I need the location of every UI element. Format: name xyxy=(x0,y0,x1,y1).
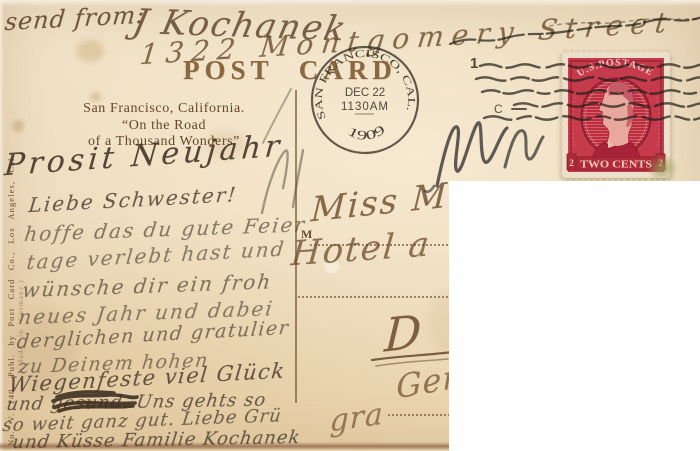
caption-line-3: of a Thousand Wonders” xyxy=(40,134,288,151)
cancellation-wavy-lines: 1 C xyxy=(440,0,700,200)
publisher-imprint: No. V. 140. Publ. by Post Card Co., Los … xyxy=(6,154,16,446)
address-dotted-line xyxy=(298,296,460,298)
address-dotted-line xyxy=(310,244,460,246)
caption-line-2: “On the Road xyxy=(40,118,288,135)
postcard-scan: POST CARD San Francisco, California. “On… xyxy=(0,0,700,451)
postmark-date-text: DEC 22 xyxy=(345,87,385,99)
location-caption: San Francisco, California. “On the Road … xyxy=(40,101,288,151)
address-divider-line xyxy=(295,90,297,403)
publisher-imprint-2: (Made in Germany.) xyxy=(16,279,25,370)
address-m-prefix: M xyxy=(301,227,312,242)
postmark-time-text: 1130AM xyxy=(341,101,389,113)
scan-edge-left xyxy=(0,0,4,451)
cancellation-letter: C xyxy=(494,102,503,116)
write-here-label: Write here. xyxy=(84,399,135,409)
address-dotted-line xyxy=(388,414,450,416)
postmark-year-text: 1909 xyxy=(345,122,387,143)
white-redaction-box xyxy=(449,181,700,451)
svg-text:1909: 1909 xyxy=(345,122,387,143)
caption-line-1: San Francisco, California. xyxy=(40,101,288,118)
cancellation-number: 1 xyxy=(470,55,478,72)
postmark: SAN FRANCISCO, CAL. DEC 22 1130AM 1909 xyxy=(308,43,422,157)
